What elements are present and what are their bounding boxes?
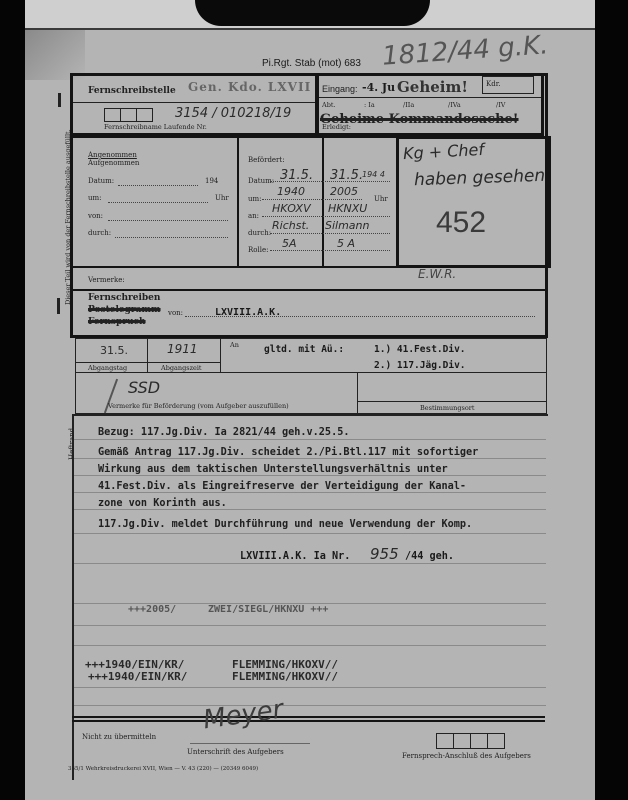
- unit-stamp: Pi.Rgt. Stab (mot) 683: [262, 58, 361, 69]
- ruled-line: [74, 625, 546, 626]
- received-datum-label: Datum:: [88, 177, 114, 185]
- geheime-kommandosache-stamp: Geheime Kommandosache!: [320, 112, 519, 127]
- sender-reference-suffix: /44 geh.: [405, 551, 454, 562]
- fwd-um-label: um:: [248, 195, 262, 203]
- body-left-border: [72, 414, 74, 780]
- divider: [319, 97, 541, 98]
- recipients-prefix: gltd. mit Aü.:: [264, 344, 344, 355]
- fwd-col1-an: HKOXV: [272, 202, 311, 215]
- received-durch-field[interactable]: [115, 237, 228, 238]
- angenommen-label: Angenommen: [88, 151, 137, 159]
- divider: [73, 289, 548, 291]
- phone-number-boxes[interactable]: [436, 733, 504, 753]
- fwd-an-field[interactable]: [262, 216, 390, 217]
- abt-iv: /IV: [496, 101, 505, 109]
- station-label: Fernschreibstelle: [88, 86, 176, 96]
- received-von-field[interactable]: [108, 220, 228, 221]
- dispatch-day: 31.5.: [100, 344, 128, 357]
- received-uhr: Uhr: [215, 194, 229, 202]
- divider: [73, 266, 548, 268]
- type-fernspruch: Fernspruch: [88, 317, 146, 327]
- teleprinter-strip-3a: +++1940/EIN/KR/: [88, 670, 187, 683]
- fwd-col1-rolle: 5A: [282, 237, 297, 250]
- ruled-line: [74, 687, 546, 688]
- ruled-line: [74, 645, 546, 646]
- aufgenommen-label: Aufgenommen: [88, 159, 139, 167]
- annotation-initials: E.W.R.: [418, 267, 456, 281]
- fwd-um-field[interactable]: [262, 199, 362, 200]
- ruled-line: [74, 563, 546, 564]
- fwd-col2-year: 194 4: [362, 170, 385, 179]
- fwd-datum-field[interactable]: [270, 181, 390, 182]
- signature-caption: Unterschrift des Aufgebers: [187, 748, 284, 756]
- kdr-label: Kdr.: [486, 80, 501, 88]
- fwd-col2-durch: Silmann: [325, 219, 370, 232]
- divider: [357, 401, 547, 402]
- station-stamp: Gen. Kdo. LXVII: [188, 80, 311, 94]
- fwd-col1-um: 1940: [277, 185, 305, 198]
- nicht-uebermitteln-label: Nicht zu übermitteln: [82, 733, 156, 741]
- sender-reference-prefix: LXVIII.A.K. Ia Nr.: [240, 551, 350, 562]
- fwd-rolle-label: Rolle:: [248, 246, 268, 254]
- fwd-col1-durch: Richst.: [272, 219, 309, 232]
- abt-label: Abt.: [322, 101, 336, 109]
- abt-iva: /IVa: [448, 101, 461, 109]
- fwd-durch-label: durch:: [248, 229, 271, 237]
- body-line-1: Gemäß Antrag 117.Jg.Div. scheidet 2./Pi.…: [98, 447, 478, 458]
- page-fold-line: [25, 28, 595, 30]
- type-fernschreiben: Fernschreiben: [88, 293, 160, 303]
- serial-caption: Fernschreibname Laufende Nr.: [104, 123, 207, 131]
- received-um-field[interactable]: [108, 202, 208, 203]
- body-line-3: 41.Fest.Div. als Eingreifreserve der Ver…: [98, 481, 466, 492]
- an-label: An: [230, 341, 239, 349]
- fwd-rolle-field[interactable]: [270, 250, 390, 251]
- eingang-value: -4. Ju: [362, 81, 395, 94]
- body-bezug: Bezug: 117.Jg.Div. Ia 2821/44 geh.v.25.5…: [98, 427, 349, 438]
- fwd-an-label: an:: [248, 212, 259, 220]
- body-top-border: [72, 414, 548, 416]
- ruled-line: [74, 458, 546, 459]
- ruled-line: [74, 705, 546, 706]
- fwd-col2-an: HKNXU: [328, 202, 367, 215]
- margin-mark: [57, 298, 60, 314]
- signature-line: [190, 743, 310, 744]
- ruled-line: [74, 439, 546, 440]
- received-um-label: um:: [88, 194, 102, 202]
- footer-rule: [72, 716, 545, 718]
- teleprinter-strip-1a: +++2005/: [128, 604, 176, 615]
- priority-ssd: SSD: [128, 378, 160, 397]
- priority-caption: Vermerke für Beförderung (vom Aufgeber a…: [108, 402, 289, 410]
- ruled-line: [74, 533, 546, 534]
- annotation-number: 452: [436, 206, 486, 240]
- dispatch-time-label: Abgangszeit: [161, 364, 202, 372]
- phone-caption: Fernsprech-Anschluß des Aufgebers: [402, 752, 531, 760]
- sender-reference-number: 955: [370, 545, 399, 563]
- vermerke-label: Vermerke:: [88, 276, 125, 284]
- body-closing: 117.Jg.Div. meldet Durchführung und neue…: [98, 519, 472, 530]
- binder-clip: [195, 0, 430, 26]
- serial-number-handwritten: 3154 / 010218/19: [175, 106, 291, 121]
- befoerdert-label: Befördert:: [248, 156, 285, 164]
- divider: [75, 362, 221, 363]
- ruled-line: [74, 509, 546, 510]
- margin-mark: [58, 93, 61, 107]
- divider: [322, 138, 324, 266]
- received-von-label: von:: [88, 212, 103, 220]
- footer-rule: [72, 720, 545, 722]
- received-durch-label: durch:: [88, 229, 111, 237]
- fwd-col2-rolle: 5 A: [337, 237, 355, 250]
- abt-ia: : Ia: [364, 101, 375, 109]
- von-field[interactable]: [185, 316, 535, 317]
- fwd-col2-uhr: Uhr: [374, 195, 388, 203]
- received-datum-field[interactable]: [118, 185, 198, 186]
- fwd-durch-field[interactable]: [270, 233, 390, 234]
- dispatch-day-label: Abgangstag: [88, 364, 127, 372]
- abt-iia: /IIa: [403, 101, 414, 109]
- type-postelegramm: Postelegramm: [88, 305, 161, 315]
- dispatch-time: 1911: [167, 342, 198, 356]
- body-line-4: zone von Korinth aus.: [98, 498, 227, 509]
- destination-caption: Bestimmungsort: [420, 404, 474, 412]
- recipient-1: 1.) 41.Fest.Div.: [374, 344, 466, 355]
- ruled-line: [74, 475, 546, 476]
- fwd-col2-um: 2005: [330, 185, 358, 198]
- recipient-2: 2.) 117.Jäg.Div.: [374, 360, 466, 371]
- geheim-stamp: Geheim!: [397, 78, 468, 96]
- received-year: 194: [205, 177, 218, 185]
- body-line-2: Wirkung aus dem taktischen Unterstellung…: [98, 464, 448, 475]
- von-label: von:: [168, 309, 183, 317]
- ruled-line: [74, 492, 546, 493]
- eingang-label: Eingang:: [322, 84, 358, 94]
- divider: [73, 102, 315, 103]
- teleprinter-strip-1b: ZWEI/SIEGL/HKNXU +++: [208, 604, 328, 615]
- printer-line: 355/1 Wehrkreisdruckerei XVII, Wien — V.…: [68, 766, 258, 772]
- divider: [237, 138, 239, 266]
- teleprinter-strip-3b: FLEMMING/HKOXV//: [232, 670, 338, 683]
